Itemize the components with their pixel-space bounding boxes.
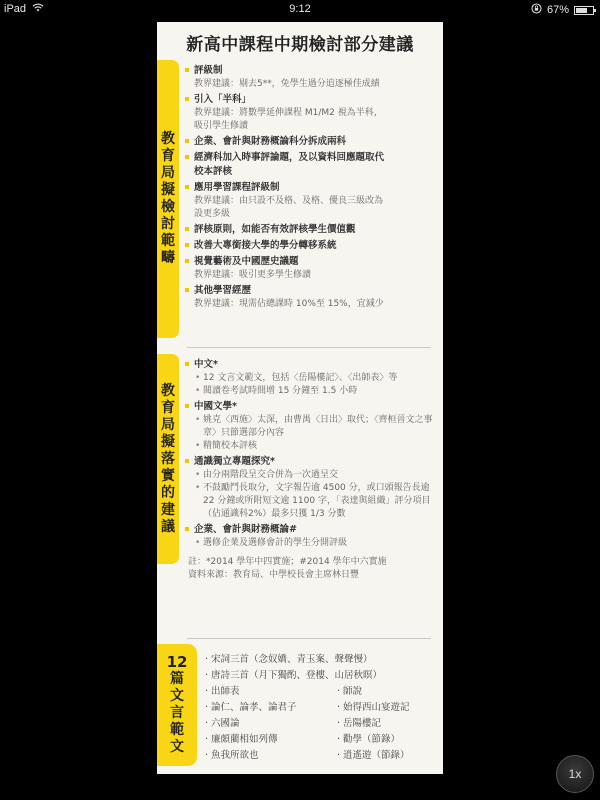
list-item: 中文* •12 文言文範文，包括〈岳陽樓記〉、〈出師表〉等 •閱讀卷考試時間增 …: [185, 358, 437, 398]
list-item: · 魚我所欲也: [205, 748, 337, 764]
section-12-classical-texts: 12 篇 文 言 範 文 · 宋詞三首（念奴嬌、青玉案、聲聲慢） · 唐詩三首（…: [157, 644, 443, 772]
list-item: · 勸學（節錄）: [337, 732, 439, 748]
list-item: · 廉頗藺相如列傳: [205, 732, 337, 748]
review-items-list: 評級制 教界建議：剔去5**，免學生過分追逐極佳成績 引入「半科」 教界建議：將…: [185, 64, 437, 313]
footnotes: 註：*2014 學年中四實施；#2014 學年中六實施 資料來源：教育局、中學校…: [185, 556, 437, 582]
bullet-icon: [185, 243, 189, 247]
bullet-icon: [185, 227, 189, 231]
zoom-1x-button[interactable]: 1x: [556, 755, 594, 793]
zoom-button-label: 1x: [569, 767, 582, 781]
list-item: · 宋詞三首（念奴嬌、青玉案、聲聲慢）: [205, 652, 439, 668]
bullet-icon: [185, 404, 189, 408]
list-item: 應用學習課程評級制 教界建議：由只設不及格、及格、優良三級改為 設更多級: [185, 181, 437, 221]
list-item: · 論仁、論孝、論君子: [205, 700, 337, 716]
article-image: 新高中課程中期檢討部分建議 教 育 局 擬 檢 討 範 疇 評級制 教界建議：剔…: [157, 22, 443, 774]
list-item: · 師說: [337, 684, 439, 700]
classical-texts-grid: · 出師表 · 師說 · 論仁、論孝、論君子 · 始得西山宴遊記 · 六國論 ·…: [205, 684, 439, 764]
bullet-icon: [185, 185, 189, 189]
list-item: · 逍遙遊（節錄）: [337, 748, 439, 764]
clock: 9:12: [0, 3, 600, 15]
article-title: 新高中課程中期檢討部分建議: [157, 30, 443, 55]
bullet-icon: [185, 259, 189, 263]
list-item: 企業、會計與財務概論# •選修企業及選修會計的學生分開評級: [185, 523, 437, 550]
bullet-icon: [185, 362, 189, 366]
list-item: 評級制 教界建議：剔去5**，免學生過分追逐極佳成績: [185, 64, 437, 91]
list-item: · 始得西山宴遊記: [337, 700, 439, 716]
list-item: · 唐詩三首（月下獨酌、登樓、山居秋暝）: [205, 668, 439, 684]
list-item: · 六國論: [205, 716, 337, 732]
list-item: · 岳陽樓記: [337, 716, 439, 732]
status-bar: iPad 9:12 67%: [0, 0, 600, 20]
list-item: 中國文學* •姚克〈西施〉太深，由曹禺〈日出〉取代；〈齊桓晉文之事章〉只節選部分…: [185, 400, 437, 453]
implementation-items-list: 中文* •12 文言文範文，包括〈岳陽樓記〉、〈出師表〉等 •閱讀卷考試時間增 …: [185, 358, 437, 582]
bullet-icon: [185, 527, 189, 531]
list-item: 其他學習經歷 教界建議：現需佔總課時 10%至 15%，宜減少: [185, 284, 437, 311]
divider: [187, 638, 431, 639]
list-item: 評核原則，如能否有效評核學生價值觀: [185, 223, 437, 237]
section-label-12-texts: 12 篇 文 言 範 文: [157, 644, 197, 766]
rotation-lock-icon: [531, 3, 542, 17]
bullet-icon: [185, 97, 189, 101]
list-item: 經濟科加入時事評論題，及以資料回應題取代 校本評核: [185, 151, 437, 179]
section-label-review-scope: 教 育 局 擬 檢 討 範 疇: [157, 60, 179, 338]
classical-texts-list: · 宋詞三首（念奴嬌、青玉案、聲聲慢） · 唐詩三首（月下獨酌、登樓、山居秋暝）…: [205, 652, 439, 764]
list-item: 引入「半科」 教界建議：將數學延伸課程 M1/M2 視為半科， 吸引學生修讀: [185, 93, 437, 133]
bullet-icon: [185, 155, 189, 159]
list-item: 通識獨立專題探究* •由分兩階段呈交合併為一次過呈交 •不鼓勵鬥長取分，文字報告…: [185, 455, 437, 521]
section-review-scope: 教 育 局 擬 檢 討 範 疇 評級制 教界建議：剔去5**，免學生過分追逐極佳…: [157, 60, 443, 350]
bullet-icon: [185, 459, 189, 463]
section-implementation: 教 育 局 擬 落 實 的 建 議 中文* •12 文言文範文，包括〈岳陽樓記〉…: [157, 354, 443, 634]
bullet-icon: [185, 68, 189, 72]
divider: [187, 347, 431, 348]
bullet-icon: [185, 139, 189, 143]
list-item: 視覺藝術及中國歷史議題 教界建議：吸引更多學生修讀: [185, 255, 437, 282]
list-item: 改善大專銜接大學的學分轉移系統: [185, 239, 437, 253]
bullet-icon: [185, 288, 189, 292]
battery-percent: 67%: [547, 4, 569, 16]
section-label-implementation: 教 育 局 擬 落 實 的 建 議: [157, 354, 179, 564]
battery-icon: [574, 6, 594, 15]
list-item: · 出師表: [205, 684, 337, 700]
list-item: 企業、會計與財務概論科分拆成兩科: [185, 135, 437, 149]
